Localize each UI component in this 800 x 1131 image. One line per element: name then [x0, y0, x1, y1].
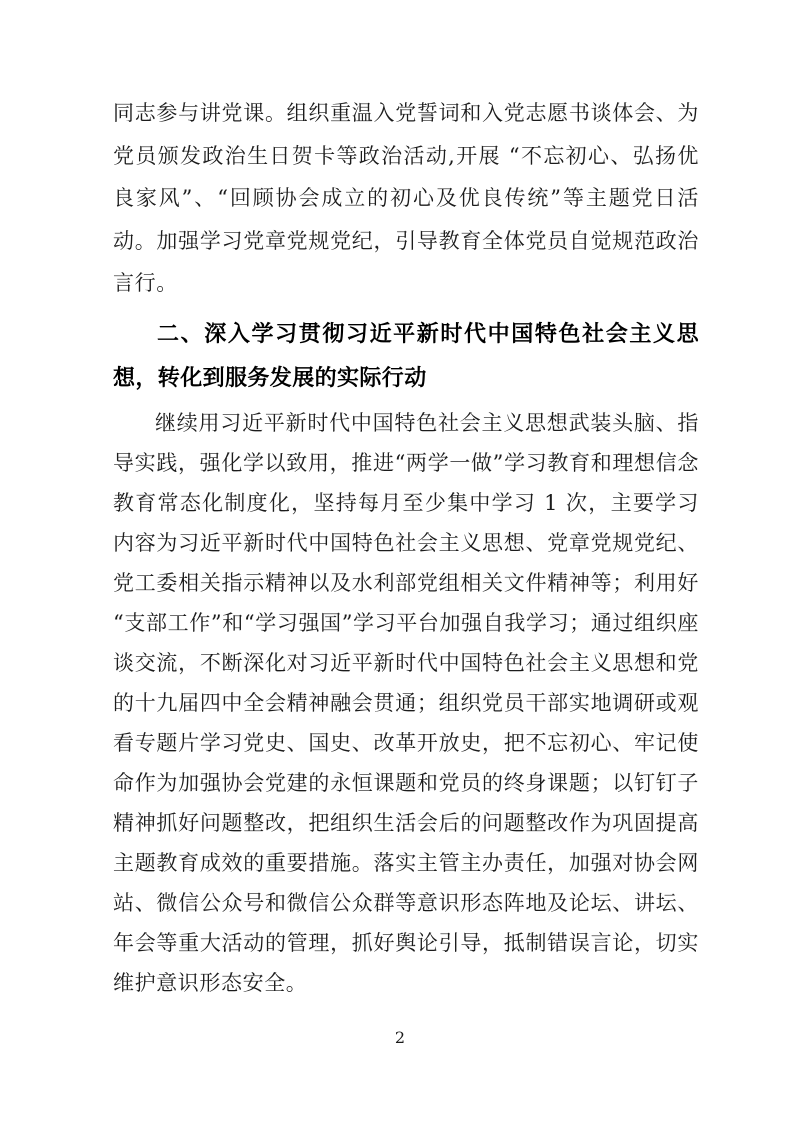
paragraph-section-body: 继续用习近平新时代中国特色社会主义思想武装头脑、指导实践，强化学以致用，推进“两… [113, 403, 699, 1003]
document-text-area: 同志参与讲党课。组织重温入党誓词和入党志愿书谈体会、为党员颁发政治生日贺卡等政治… [113, 92, 699, 1003]
document-page: 同志参与讲党课。组织重温入党誓词和入党志愿书谈体会、为党员颁发政治生日贺卡等政治… [0, 0, 800, 1131]
section-heading: 二、深入学习贯彻习近平新时代中国特色社会主义思想，转化到服务发展的实际行动 [113, 313, 699, 401]
page-footer: 2 [0, 1028, 800, 1047]
page-number: 2 [395, 1028, 405, 1047]
paragraph-continuation: 同志参与讲党课。组织重温入党誓词和入党志愿书谈体会、为党员颁发政治生日贺卡等政治… [113, 92, 699, 305]
